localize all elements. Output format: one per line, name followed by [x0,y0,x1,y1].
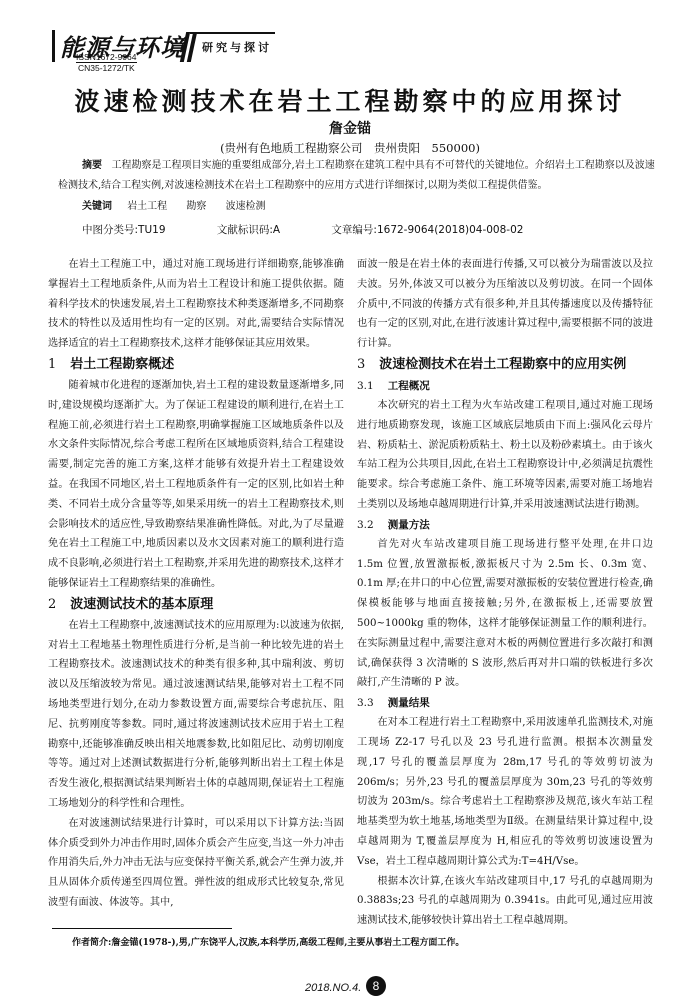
paragraph: 在对波速测试结果进行计算时，可以采用以下计算方法:当固体介质受到外力冲击作用时,… [48,814,344,913]
keyword: 波速检测 [226,201,266,212]
journal-logo-bar [52,30,55,62]
keyword: 岩土工程 [127,201,167,212]
paragraph: 首先对火车站改建项目施工现场进行整平处理,在井口边 1.5m 位置,放置激振板,… [357,535,653,693]
paragraph: 随着城市化进程的逐渐加快,岩土工程的建设数量逐渐增多,同时,建设规模均逐渐扩大。… [48,376,344,594]
author-affiliation: (贵州有色地质工程勘察公司 贵州贵阳 550000) [0,140,700,156]
abstract-text: 工程勘察是工程项目实施的重要组成部分,岩土工程勘察在建筑工程中具有不可替代的关键… [58,160,655,191]
subsection-heading-3-3: 3.3测量结果 [357,693,653,713]
journal-cn: CN35-1272/TK [78,63,135,73]
clc-number: 中图分类号:TU19 [82,224,166,236]
right-column: 面波一般是在岩土体的表面进行传播,又可以被分为瑞雷波以及拉夫波。另外,体波又可以… [357,255,653,931]
section-heading-2: 2波速测试技术的基本原理 [48,594,344,616]
footnote-rule [52,928,232,929]
keywords-label: 关键词 [82,201,112,212]
intro-paragraph: 在岩土工程施工中，通过对施工现场进行详细勘察,能够准确掌握岩土工程地质条件,从而… [48,255,344,354]
abstract-label: 摘要 [82,160,102,171]
page-number: 8 [366,976,386,996]
classification-line: 中图分类号:TU19 文献标识码:A 文章编号:1672-9064(2018)0… [82,222,571,237]
keywords: 关键词 岩土工程 勘察 波速检测 [82,197,282,212]
paragraph: 本次研究的岩土工程为火车站改建工程项目,通过对施工现场进行地质勘察发现，该施工区… [357,396,653,515]
section-heading-3: 3波速检测技术在岩土工程勘察中的应用实例 [357,354,653,376]
section-rule [190,32,275,34]
article-author: 詹金锚 [0,118,700,138]
article-number: 文章编号:1672-9064(2018)04-008-02 [331,224,523,236]
section-label: 研究与探讨 [202,39,272,55]
paragraph: 在对本工程进行岩土工程勘察中,采用波速单孔监测技术,对施工现场 Z2-17 号孔… [357,713,653,871]
paragraph: 在岩土工程勘察中,波速测试技术的应用原理为:以波速为依据,对岩土工程地基土物理性… [48,616,344,814]
journal-issn: ISSN1672-9064 [76,52,137,63]
subsection-heading-3-2: 3.2测量方法 [357,515,653,535]
abstract: 摘要 工程勘察是工程项目实施的重要组成部分,岩土工程勘察在建筑工程中具有不可替代… [58,156,660,196]
subsection-heading-3-1: 3.1工程概况 [357,376,653,396]
document-code: 文献标识码:A [217,224,280,236]
article-title: 波速检测技术在岩土工程勘察中的应用探讨 [0,82,700,118]
paragraph: 面波一般是在岩土体的表面进行传播,又可以被分为瑞雷波以及拉夫波。另外,体波又可以… [357,255,653,354]
section-heading-1: 1岩土工程勘察概述 [48,354,344,376]
paragraph: 根据本次计算,在该火车站改建项目中,17 号孔的卓越周期为 0.3883s;23… [357,872,653,931]
author-bio-footnote: 作者简介:詹金锚(1978-),男,广东饶平人,汉族,本科学历,高级工程师,主要… [72,935,464,948]
keyword: 勘察 [186,201,206,212]
left-column: 在岩土工程施工中，通过对施工现场进行详细勘察,能够准确掌握岩土工程地质条件,从而… [48,255,344,913]
issue-label: 2018.NO.4. [305,982,361,994]
